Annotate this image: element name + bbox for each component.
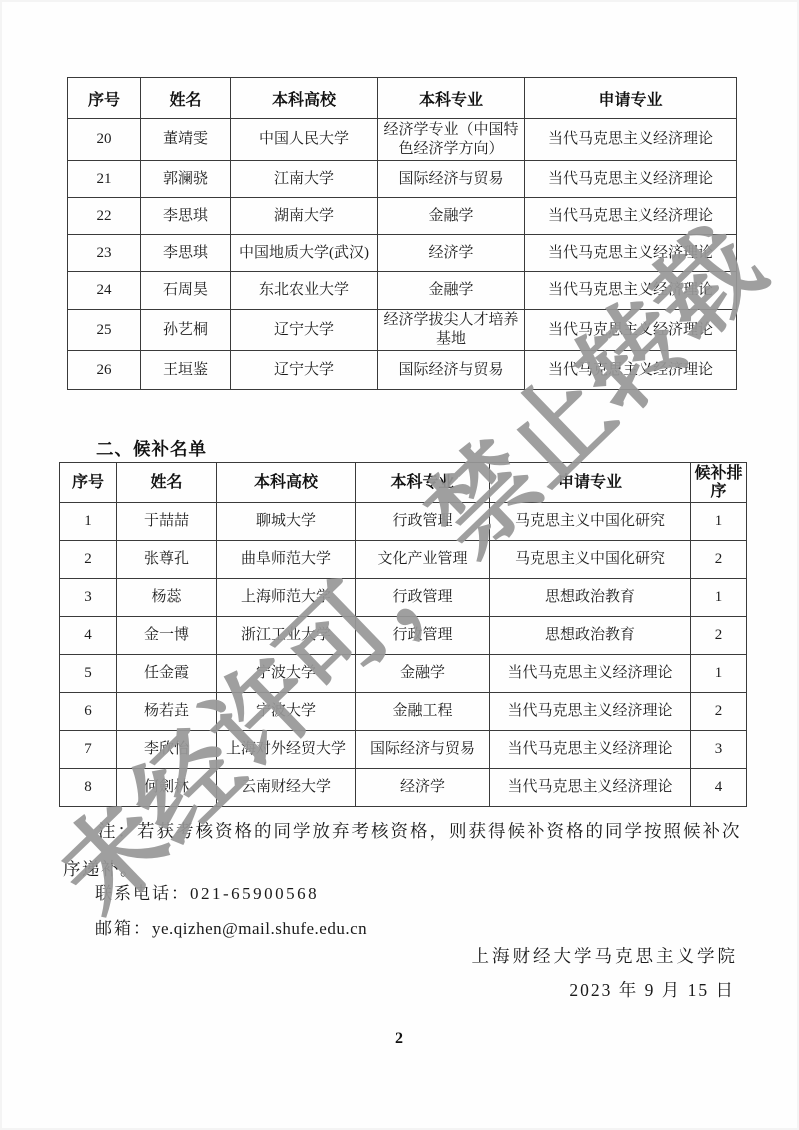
col-header-major: 本科专业 (356, 463, 490, 503)
page-number: 2 (388, 1030, 410, 1048)
table-cell: 江南大学 (231, 161, 378, 198)
table-cell: 李思琪 (141, 198, 231, 235)
table-cell: 行政管理 (356, 617, 490, 655)
col-header-applied: 申请专业 (525, 78, 737, 119)
note-paragraph: 注：若获考核资格的同学放弃考核资格，则获得候补资格的同学按照候补次序递补。 (63, 812, 741, 888)
col-header-college: 本科高校 (231, 78, 378, 119)
table-cell: 21 (68, 161, 141, 198)
table-row: 24石周昊东北农业大学金融学当代马克思主义经济理论 (68, 272, 737, 310)
table-cell: 何劍林 (117, 769, 217, 807)
issue-date: 2023 年 9 月 15 日 (569, 977, 735, 1002)
email-address: ye.qizhen@mail.shufe.edu.cn (152, 919, 367, 938)
table-cell: 曲阜师范大学 (217, 541, 356, 579)
table-cell: 马克思主义中国化研究 (490, 503, 691, 541)
table-cell: 国际经济与贸易 (378, 351, 525, 390)
table-row: 23李思琪中国地质大学(武汉)经济学当代马克思主义经济理论 (68, 235, 737, 272)
table-cell: 当代马克思主义经济理论 (525, 119, 737, 161)
table-cell: 孙艺桐 (141, 310, 231, 351)
col-header-waitrank: 候补排序 (691, 463, 747, 503)
table-cell: 云南财经大学 (217, 769, 356, 807)
table-cell: 杨蕊 (117, 579, 217, 617)
table-cell: 8 (60, 769, 117, 807)
table-row: 25孙艺桐辽宁大学经济学拔尖人才培养基地当代马克思主义经济理论 (68, 310, 737, 351)
table-cell: 2 (691, 693, 747, 731)
table-row: 1于喆喆聊城大学行政管理马克思主义中国化研究1 (60, 503, 747, 541)
table-cell: 1 (691, 503, 747, 541)
table-cell: 经济学专业（中国特色经济学方向） (378, 119, 525, 161)
table-cell: 经济学 (378, 235, 525, 272)
table-cell: 东北农业大学 (231, 272, 378, 310)
table-cell: 杨若垚 (117, 693, 217, 731)
table-cell: 2 (691, 617, 747, 655)
table-cell: 上海师范大学 (217, 579, 356, 617)
table-cell: 当代马克思主义经济理论 (525, 310, 737, 351)
table-cell: 当代马克思主义经济理论 (525, 351, 737, 390)
table-cell: 浙江工业大学 (217, 617, 356, 655)
table-cell: 当代马克思主义经济理论 (490, 731, 691, 769)
phone-label: 联系电话： (95, 884, 190, 903)
table-cell: 宁波大学 (217, 655, 356, 693)
table-row: 3杨蕊上海师范大学行政管理思想政治教育1 (60, 579, 747, 617)
document-page: 序号 姓名 本科高校 本科专业 申请专业 20董靖雯中国人民大学经济学专业（中国… (0, 0, 799, 1130)
table-cell: 26 (68, 351, 141, 390)
table-cell: 7 (60, 731, 117, 769)
table-row: 22李思琪湖南大学金融学当代马克思主义经济理论 (68, 198, 737, 235)
table-row: 7李欣怡上海对外经贸大学国际经济与贸易当代马克思主义经济理论3 (60, 731, 747, 769)
table-cell: 思想政治教育 (490, 617, 691, 655)
table-cell: 1 (691, 579, 747, 617)
table-cell: 经济学 (356, 769, 490, 807)
table-cell: 2 (691, 541, 747, 579)
table-cell: 2 (60, 541, 117, 579)
table-row: 2张尊孔曲阜师范大学文化产业管理马克思主义中国化研究2 (60, 541, 747, 579)
table-cell: 金一博 (117, 617, 217, 655)
table-cell: 行政管理 (356, 579, 490, 617)
table-cell: 上海对外经贸大学 (217, 731, 356, 769)
qualified-list-table: 序号 姓名 本科高校 本科专业 申请专业 20董靖雯中国人民大学经济学专业（中国… (67, 77, 737, 390)
table-cell: 国际经济与贸易 (378, 161, 525, 198)
table-cell: 王垣鉴 (141, 351, 231, 390)
table-cell: 行政管理 (356, 503, 490, 541)
contact-phone-line: 联系电话：021-65900568 (95, 879, 319, 904)
table-cell: 辽宁大学 (231, 351, 378, 390)
table-cell: 李欣怡 (117, 731, 217, 769)
table-cell: 金融学 (378, 198, 525, 235)
email-label: 邮箱： (95, 919, 152, 938)
table-cell: 当代马克思主义经济理论 (490, 769, 691, 807)
table-cell: 郭澜骁 (141, 161, 231, 198)
table-cell: 5 (60, 655, 117, 693)
table-cell: 6 (60, 693, 117, 731)
table-cell: 当代马克思主义经济理论 (525, 272, 737, 310)
table-cell: 经济学拔尖人才培养基地 (378, 310, 525, 351)
phone-number: 021-65900568 (190, 884, 319, 903)
table-cell: 22 (68, 198, 141, 235)
table-cell: 3 (60, 579, 117, 617)
table-cell: 国际经济与贸易 (356, 731, 490, 769)
table-cell: 23 (68, 235, 141, 272)
table-cell: 石周昊 (141, 272, 231, 310)
contact-email-line: 邮箱：ye.qizhen@mail.shufe.edu.cn (95, 914, 367, 939)
table-cell: 董靖雯 (141, 119, 231, 161)
table-cell: 当代马克思主义经济理论 (490, 655, 691, 693)
section-title-waitlist: 二、候补名单 (96, 436, 207, 461)
table-row: 8何劍林云南财经大学经济学当代马克思主义经济理论4 (60, 769, 747, 807)
table-cell: 1 (60, 503, 117, 541)
table-cell: 任金霞 (117, 655, 217, 693)
table-cell: 思想政治教育 (490, 579, 691, 617)
table-row: 21郭澜骁江南大学国际经济与贸易当代马克思主义经济理论 (68, 161, 737, 198)
table-cell: 4 (691, 769, 747, 807)
table-cell: 中国地质大学(武汉) (231, 235, 378, 272)
col-header-applied: 申请专业 (490, 463, 691, 503)
table-cell: 当代马克思主义经济理论 (490, 693, 691, 731)
table-cell: 宁波大学 (217, 693, 356, 731)
table-cell: 金融学 (356, 655, 490, 693)
table-row: 20董靖雯中国人民大学经济学专业（中国特色经济学方向）当代马克思主义经济理论 (68, 119, 737, 161)
table-cell: 20 (68, 119, 141, 161)
table-cell: 张尊孔 (117, 541, 217, 579)
col-header-index: 序号 (60, 463, 117, 503)
table-cell: 辽宁大学 (231, 310, 378, 351)
table-cell: 金融学 (378, 272, 525, 310)
table-row: 4金一博浙江工业大学行政管理思想政治教育2 (60, 617, 747, 655)
table-cell: 李思琪 (141, 235, 231, 272)
table-cell: 24 (68, 272, 141, 310)
waitlist-table: 序号 姓名 本科高校 本科专业 申请专业 候补排序 1于喆喆聊城大学行政管理马克… (59, 462, 747, 807)
table-cell: 马克思主义中国化研究 (490, 541, 691, 579)
table-cell: 当代马克思主义经济理论 (525, 198, 737, 235)
table-cell: 3 (691, 731, 747, 769)
table-cell: 聊城大学 (217, 503, 356, 541)
col-header-name: 姓名 (141, 78, 231, 119)
table-cell: 于喆喆 (117, 503, 217, 541)
table-row: 5任金霞宁波大学金融学当代马克思主义经济理论1 (60, 655, 747, 693)
table-cell: 金融工程 (356, 693, 490, 731)
issuing-organization: 上海财经大学马克思主义学院 (472, 943, 739, 968)
table-cell: 湖南大学 (231, 198, 378, 235)
table-cell: 1 (691, 655, 747, 693)
table-header-row: 序号 姓名 本科高校 本科专业 申请专业 (68, 78, 737, 119)
col-header-college: 本科高校 (217, 463, 356, 503)
col-header-index: 序号 (68, 78, 141, 119)
table-cell: 中国人民大学 (231, 119, 378, 161)
table-cell: 文化产业管理 (356, 541, 490, 579)
col-header-major: 本科专业 (378, 78, 525, 119)
table-cell: 当代马克思主义经济理论 (525, 161, 737, 198)
table-cell: 25 (68, 310, 141, 351)
table-row: 26王垣鉴辽宁大学国际经济与贸易当代马克思主义经济理论 (68, 351, 737, 390)
table-header-row: 序号 姓名 本科高校 本科专业 申请专业 候补排序 (60, 463, 747, 503)
table-row: 6杨若垚宁波大学金融工程当代马克思主义经济理论2 (60, 693, 747, 731)
col-header-name: 姓名 (117, 463, 217, 503)
table-cell: 4 (60, 617, 117, 655)
table-cell: 当代马克思主义经济理论 (525, 235, 737, 272)
